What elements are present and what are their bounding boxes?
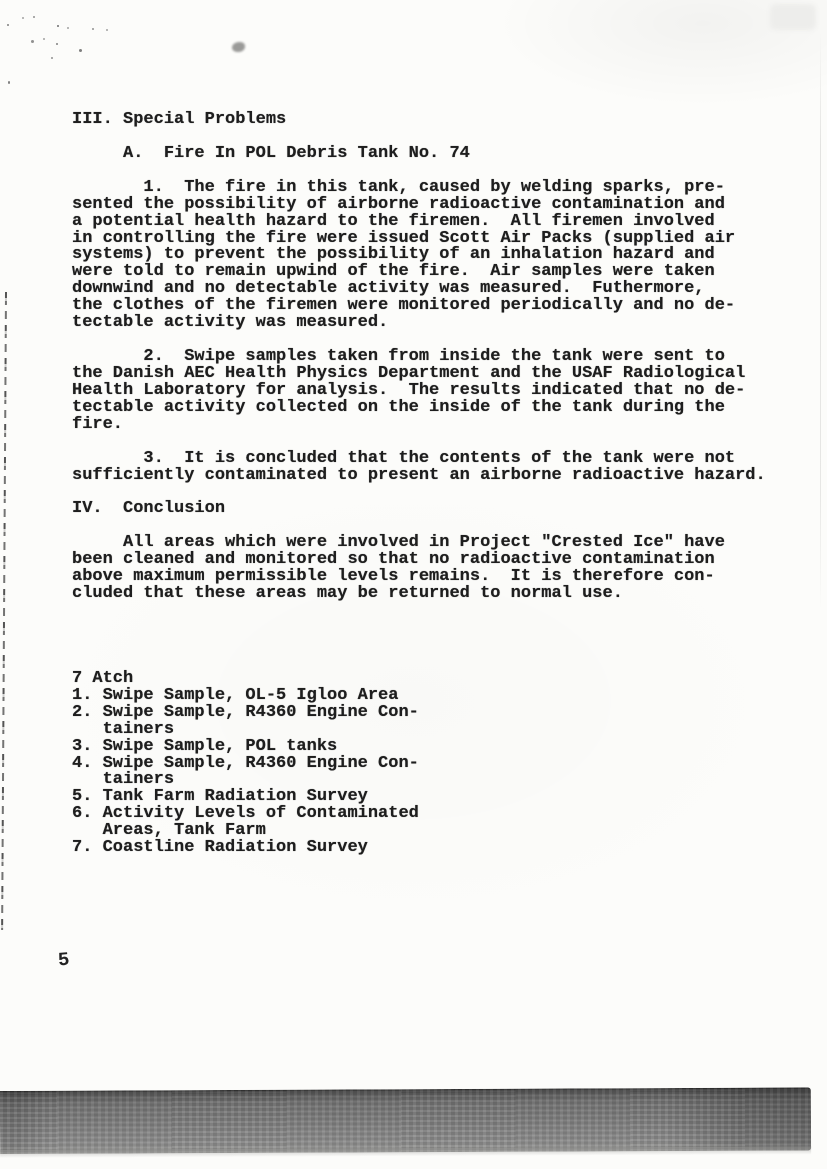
page-number: 5 <box>57 949 70 972</box>
scan-speck <box>56 43 58 45</box>
scan-speck <box>57 25 59 27</box>
scan-speck <box>92 28 94 30</box>
conclusion-paragraph: All areas which were involved in Project… <box>72 535 766 603</box>
scan-edge-line <box>820 30 821 610</box>
scan-speck <box>31 40 34 43</box>
section-iv-heading: IV. Conclusion <box>72 501 766 518</box>
scan-speck <box>51 57 53 59</box>
scan-speck <box>43 38 45 40</box>
scan-speck <box>33 16 35 18</box>
scan-speck <box>79 49 82 52</box>
section-a-heading: A. Fire In POL Debris Tank No. 74 <box>72 146 766 163</box>
scan-speck <box>67 27 69 29</box>
scan-corner-shade <box>770 4 816 30</box>
scan-speck <box>106 29 108 31</box>
scan-artifact-band <box>0 1087 811 1154</box>
paragraph-3: 3. It is concluded that the contents of … <box>72 451 766 485</box>
scanned-document-page: III. Special Problems A. Fire In POL Deb… <box>0 0 827 1169</box>
attachments-list: 7 Atch 1. Swipe Sample, OL-5 Igloo Area … <box>72 671 766 857</box>
paragraph-1: 1. The fire in this tank, caused by weld… <box>72 180 766 332</box>
scan-edge-marks <box>1 292 7 930</box>
scan-speck <box>22 17 24 19</box>
paragraph-2: 2. Swipe samples taken from inside the t… <box>72 349 766 434</box>
scan-smudge <box>232 42 245 52</box>
scan-speck <box>8 81 10 84</box>
scan-speck <box>7 24 9 26</box>
section-iii-heading: III. Special Problems <box>72 112 766 129</box>
document-body: III. Special Problems A. Fire In POL Deb… <box>72 112 766 857</box>
